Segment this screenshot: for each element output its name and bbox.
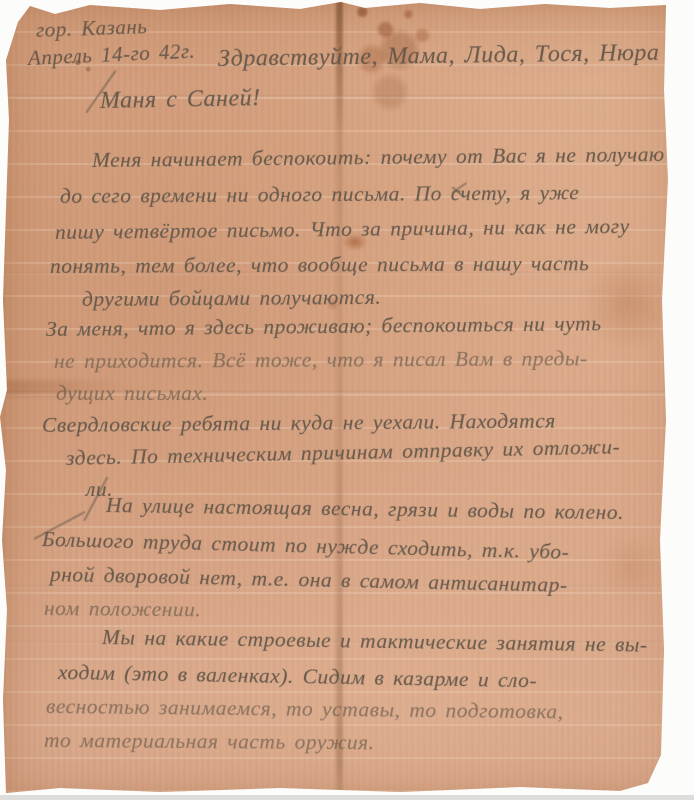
paper-edge-vignette <box>0 0 694 800</box>
letter-paper: гор. Казань Апрель 14-го 42г. Здравствуй… <box>0 0 694 800</box>
scan-background: гор. Казань Апрель 14-го 42г. Здравствуй… <box>0 0 694 800</box>
scanner-edge-strip <box>0 795 694 800</box>
